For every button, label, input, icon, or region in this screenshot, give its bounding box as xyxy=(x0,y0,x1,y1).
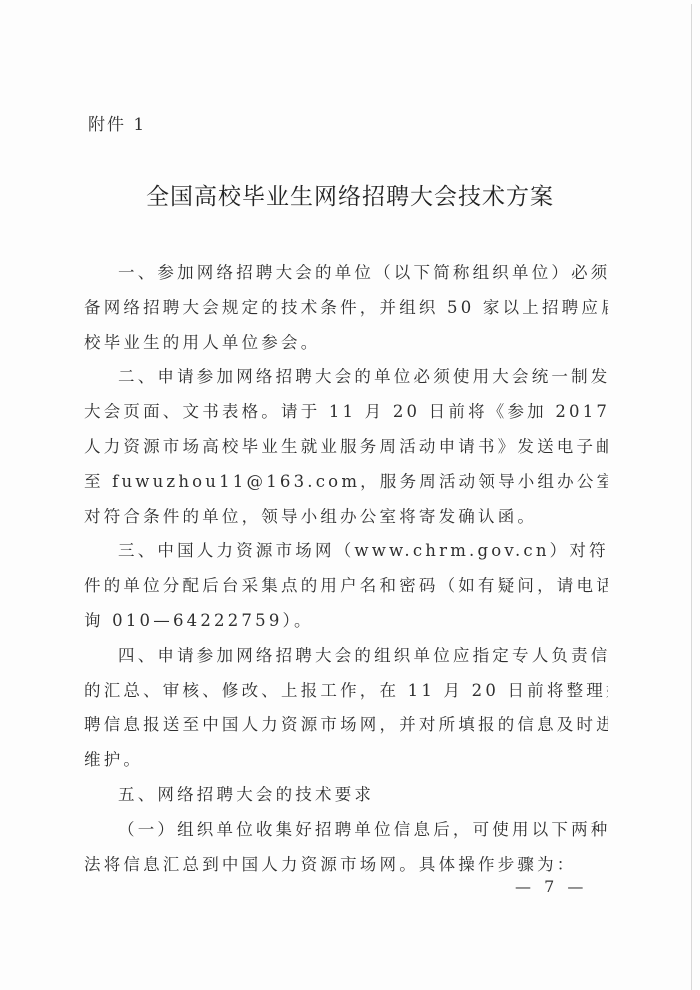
paragraph-5-heading: 五、网络招聘大会的技术要求 xyxy=(84,778,608,813)
page-edge xyxy=(691,4,692,990)
section-heading: 五、网络招聘大会的技术要求 xyxy=(84,778,608,813)
paragraph-1: 一、参加网络招聘大会的单位（以下简称组织单位）必须具 备网络招聘大会规定的技术条… xyxy=(84,256,608,360)
paragraph-2: 二、申请参加网络招聘大会的单位必须使用大会统一制发的 大会页面、文书表格。请于 … xyxy=(84,360,608,534)
text-line: 四、申请参加网络招聘大会的组织单位应指定专人负责信息 xyxy=(84,639,608,674)
paragraph-3: 三、中国人力资源市场网（www.chrm.gov.cn）对符合条 件的单位分配后… xyxy=(84,534,608,638)
text-line: 一、参加网络招聘大会的单位（以下简称组织单位）必须具 xyxy=(84,256,608,291)
paragraph-6: （一）组织单位收集好招聘单位信息后，可使用以下两种方 法将信息汇总到中国人力资源… xyxy=(84,813,608,883)
text-line: 三、中国人力资源市场网（www.chrm.gov.cn）对符合条 xyxy=(84,534,608,569)
text-line: 件的单位分配后台采集点的用户名和密码（如有疑问，请电话咨 xyxy=(84,569,608,604)
text-line: （一）组织单位收集好招聘单位信息后，可使用以下两种方 xyxy=(84,813,608,848)
text-line: 对符合条件的单位，领导小组办公室将寄发确认函。 xyxy=(84,500,608,535)
text-line: 维护。 xyxy=(84,743,608,778)
document-title: 全国高校毕业生网络招聘大会技术方案 xyxy=(0,178,700,211)
text-line: 校毕业生的用人单位参会。 xyxy=(84,326,608,361)
text-line: 的汇总、审核、修改、上报工作，在 11 月 20 日前将整理好的招 xyxy=(84,674,608,709)
text-line: 大会页面、文书表格。请于 11 月 20 日前将《参加 2017 年全国 xyxy=(84,395,608,430)
paragraph-4: 四、申请参加网络招聘大会的组织单位应指定专人负责信息 的汇总、审核、修改、上报工… xyxy=(84,639,608,778)
text-line: 聘信息报送至中国人力资源市场网，并对所填报的信息及时进行 xyxy=(84,708,608,743)
page-number: — 7 — xyxy=(515,877,587,896)
text-line: 询 010—64222759）。 xyxy=(84,604,608,639)
text-line: 二、申请参加网络招聘大会的单位必须使用大会统一制发的 xyxy=(84,360,608,395)
attachment-label: 附件 1 xyxy=(88,110,146,135)
text-line: 备网络招聘大会规定的技术条件，并组织 50 家以上招聘应届高 xyxy=(84,291,608,326)
document-body: 一、参加网络招聘大会的单位（以下简称组织单位）必须具 备网络招聘大会规定的技术条… xyxy=(84,256,608,882)
text-line: 至 fuwuzhou11@163.com，服务周活动领导小组办公室审核后， xyxy=(84,465,608,500)
text-line: 人力资源市场高校毕业生就业服务周活动申请书》发送电子邮件 xyxy=(84,430,608,465)
